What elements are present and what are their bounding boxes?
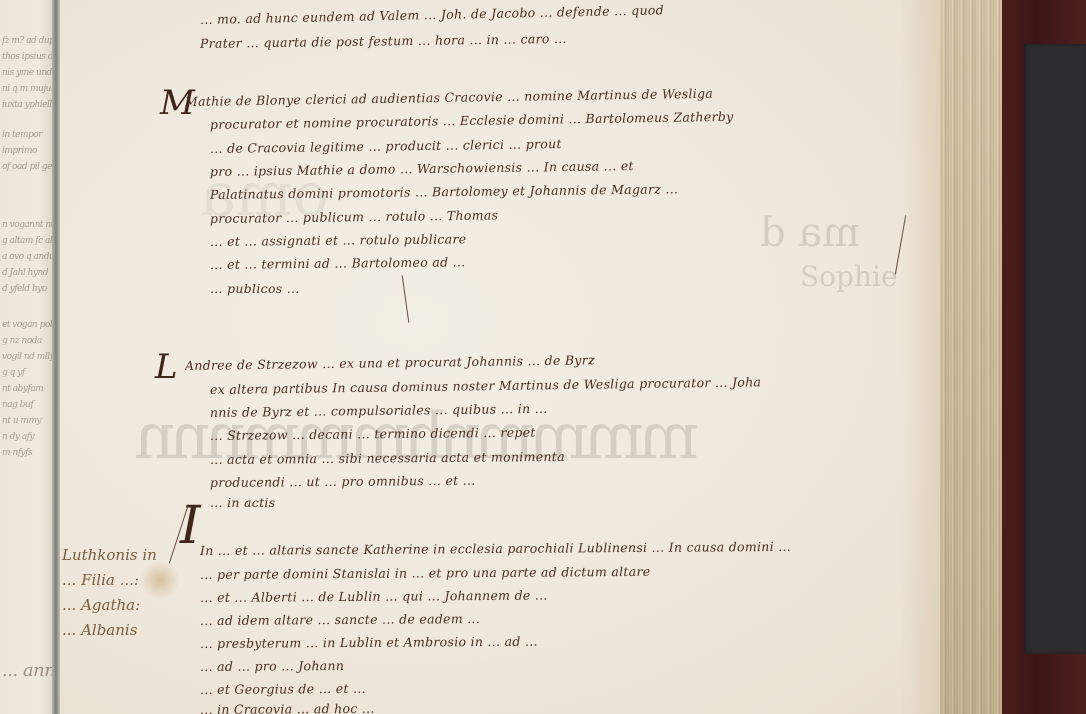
entry-line: ... presbyterum ... in Lublin et Ambrosi… bbox=[200, 633, 960, 651]
margin-note-line: ... Agatha: bbox=[62, 598, 140, 613]
entry-line: Prater ... quarta die post festum ... ho… bbox=[200, 27, 970, 50]
margin-note-line: Luthkonis in bbox=[62, 548, 157, 563]
folio-page: mmmmnhmmmnnn ma d Sophie oma ... mo. ad … bbox=[60, 0, 940, 714]
manuscript-photo: fz m? ad duplic thos ipsius duben nis ym… bbox=[0, 0, 1086, 714]
entry-line: procurator et nomine procuratoris ... Ec… bbox=[210, 107, 950, 131]
prev-leaf-fragment: ... anno ... bbox=[2, 660, 52, 682]
entry-line: ... et ... assignati et ... rotulo publi… bbox=[210, 228, 940, 248]
entry-line: ex altera partibus In causa dominus nost… bbox=[210, 374, 930, 397]
entry-line: ... in actis bbox=[210, 497, 370, 510]
margin-note-line: ... Albanis bbox=[62, 623, 137, 638]
entry-line: ... et ... Alberti ... de Lublin ... qui… bbox=[200, 587, 960, 605]
entry-line: ... ad idem altare ... sancte ... de ead… bbox=[200, 610, 960, 628]
entry-line: ... et Georgius de ... et ... bbox=[200, 679, 960, 697]
entry-line: Palatinatus domini promotoris ... Bartol… bbox=[210, 180, 940, 201]
entry-line: ... per parte domini Stanislai in ... et… bbox=[200, 564, 960, 582]
ink-stain bbox=[140, 560, 180, 600]
entry-line: ... Strzezow ... decani ... termino dice… bbox=[210, 422, 930, 442]
entry-line: ... mo. ad hunc eundem ad Valem ... Joh.… bbox=[200, 0, 880, 26]
entry-line: ... ad ... pro ... Johann bbox=[200, 656, 960, 674]
initial-letter: L bbox=[155, 350, 178, 384]
page-edges bbox=[940, 0, 1002, 714]
entry-line: ... publicos ... bbox=[210, 283, 410, 296]
descender-stroke bbox=[895, 215, 907, 274]
entry-line: procurator ... publicum ... rotulo ... T… bbox=[210, 204, 940, 225]
entry-line: pro ... ipsius Mathie a domo ... Warscho… bbox=[210, 156, 940, 179]
entry-line: ... in Cracovia ... ad hoc ... bbox=[200, 699, 960, 714]
initial-letter: I bbox=[180, 500, 201, 552]
entry-line: ... et ... termini ad ... Bartolomeo ad … bbox=[210, 252, 890, 272]
entry-line: producendi ... ut ... pro omnibus ... et… bbox=[210, 471, 920, 490]
entry-line: nnis de Byrz et ... compulsoriales ... q… bbox=[210, 398, 930, 419]
entry-line: Mathie de Blonye clerici ad audientias C… bbox=[185, 84, 945, 108]
entry-line: Andree de Strzezow ... ex una et procura… bbox=[185, 350, 915, 373]
margin-note-line: ... Filia ...: bbox=[62, 573, 139, 588]
previous-leaf: fz m? ad duplic thos ipsius duben nis ym… bbox=[0, 0, 56, 714]
gutter-shadow bbox=[52, 0, 60, 714]
dark-backing-board bbox=[1024, 44, 1086, 654]
entry-line: ... acta et omnia ... sibi necessaria ac… bbox=[210, 448, 920, 467]
entry-line: In ... et ... altaris sancte Katherine i… bbox=[200, 540, 960, 558]
entry-line: ... de Cracovia legitime ... producit ..… bbox=[210, 133, 950, 156]
